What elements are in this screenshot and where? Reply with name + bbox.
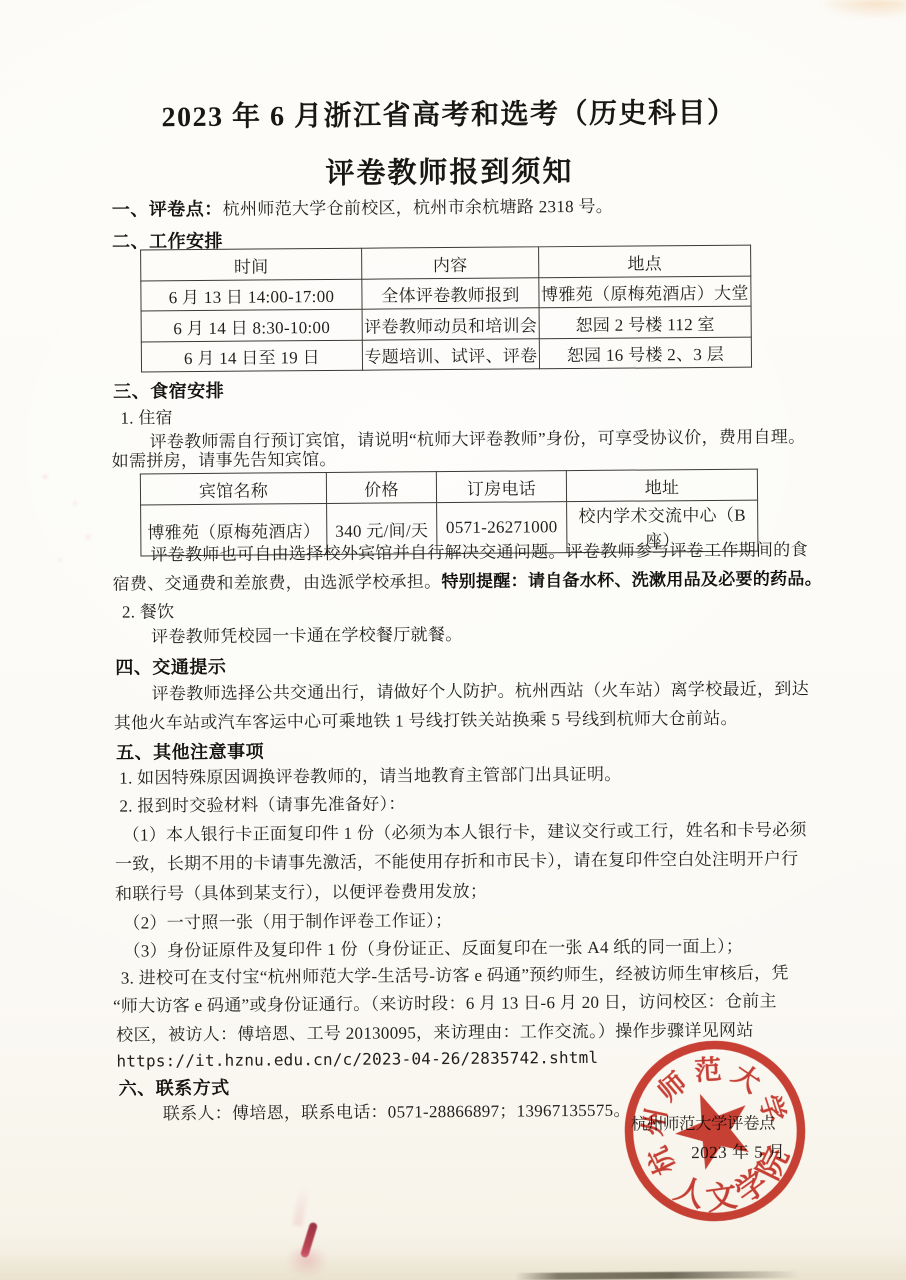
table-row: 6 月 14 日至 19 日 专题培训、试评、评卷 恕园 16 号楼 2、3 层 bbox=[141, 337, 751, 372]
cell-content: 专题培训、试评、评卷 bbox=[362, 339, 539, 370]
col-header-price: 价格 bbox=[326, 472, 436, 504]
dining-subheading: 2. 餐饮 bbox=[122, 601, 175, 623]
special-reminder: 特别提醒：请自备水杯、洗漱用品及必要的药品。 bbox=[441, 569, 822, 591]
col-header-phone: 订房电话 bbox=[436, 471, 566, 503]
material1-line2: 一致，长期不用的卡请事先激活，不能使用存折和市民卡），请在复印件空白处注明开户行 bbox=[115, 848, 799, 875]
table-header-row: 宾馆名称 价格 订房电话 地址 bbox=[140, 469, 757, 505]
note-item2: 2. 报到时交验材料（请事先准备好）： bbox=[119, 793, 405, 817]
material2: （2）一寸照一张（用于制作评卷工作证）； bbox=[123, 910, 452, 935]
document-title-line1: 2023 年 6 月浙江省高考和选考（历史科目） bbox=[0, 89, 902, 136]
table-row: 6 月 13 日 14:00-17:00 全体评卷教师报到 博雅苑（原梅苑酒店）… bbox=[141, 276, 751, 311]
table-row: 6 月 14 日 8:30-10:00 评卷教师动员和培训会 恕园 2 号楼 1… bbox=[141, 306, 751, 342]
cell-place: 博雅苑（原梅苑酒店）大堂 bbox=[539, 276, 751, 308]
note-item3-line1: 3. 进校可在支付宝“杭州师范大学-生活号-访客 e 码通”预约师生，经被访师生… bbox=[121, 962, 789, 989]
material1-line1: （1）本人银行卡正面复印件 1 份（必须为本人银行卡，建议交行或工行，姓名和卡号… bbox=[123, 819, 807, 846]
cell-place: 恕园 2 号楼 112 室 bbox=[539, 306, 751, 339]
section3-heading: 三、食宿安排 bbox=[113, 380, 224, 403]
section-grading-site: 一、评卷点：杭州师范大学仓前校区，杭州市余杭塘路 2318 号。 bbox=[112, 195, 613, 222]
lodging-note-line2: 宿费、交通费和差旅费，由选派学校承担。特别提醒：请自备水杯、洗漱用品及必要的药品… bbox=[113, 568, 822, 596]
scanned-notice-page: 2023 年 6 月浙江省高考和选考（历史科目） 评卷教师报到须知 一、评卷点：… bbox=[0, 0, 906, 1280]
lodging-paragraph-line2: 如需拼房，请事先告知宾馆。 bbox=[112, 449, 337, 473]
cell-time: 6 月 14 日 8:30-10:00 bbox=[141, 309, 362, 342]
section6-heading: 六、联系方式 bbox=[119, 1077, 230, 1100]
section1-text: 杭州师范大学仓前校区，杭州市余杭塘路 2318 号。 bbox=[223, 197, 613, 219]
contact-line: 联系人：傅培恩，联系电话：0571-28866897；13967135575。 bbox=[163, 1100, 631, 1126]
cell-place: 恕园 16 号楼 2、3 层 bbox=[539, 337, 751, 369]
table-header-row: 时间 内容 地点 bbox=[141, 245, 751, 281]
lodging-note-line1: 评卷教师也可自由选择校外宾馆并自行解决交通问题。评卷教师参与评卷工作期间的食 bbox=[150, 539, 808, 566]
cell-time: 6 月 13 日 14:00-17:00 bbox=[141, 279, 362, 311]
dining-text: 评卷教师凭校园一卡通在学校餐厅就餐。 bbox=[151, 624, 463, 648]
cell-content: 全体评卷教师报到 bbox=[362, 278, 539, 309]
transport-line1: 评卷教师选择公共交通出行，请做好个人防护。杭州西站（火车站）离学校最近，到达 bbox=[151, 678, 809, 705]
note-item3-line3: 校区，被访人：傅培恩、工号 20130095，来访理由：工作交流。）操作步骤详见… bbox=[116, 1020, 754, 1047]
col-header-time: 时间 bbox=[141, 248, 362, 281]
transport-line2: 其他火车站或汽车客运中心可乘地铁 1 号线打铁关站换乘 5 号线到杭师大仓前站。 bbox=[114, 708, 738, 735]
section4-heading: 四、交通提示 bbox=[115, 656, 226, 679]
col-header-content: 内容 bbox=[362, 247, 539, 279]
section5-heading: 五、其他注意事项 bbox=[116, 740, 264, 763]
cell-content: 评卷教师动员和培训会 bbox=[362, 308, 539, 340]
section1-heading: 一、评卷点： bbox=[112, 199, 223, 220]
lodging-note-line2-normal: 宿费、交通费和差旅费，由选派学校承担。 bbox=[113, 572, 442, 594]
note-item3-line2: “师大访客 e 码通”或身份证通行。（来访时段：6 月 13 日-6 月 20 … bbox=[113, 990, 777, 1017]
material1-line3: 和联行号（具体到某支行），以便评卷费用发放； bbox=[115, 881, 487, 906]
document-title-line2: 评卷教师报到须知 bbox=[0, 146, 903, 194]
info-url: https://it.hznu.edu.cn/c/2023-04-26/2835… bbox=[116, 1047, 598, 1073]
material3: （3）身份证原件及复印件 1 份（身份证正、反面复印在一张 A4 纸的同一面上）… bbox=[124, 936, 744, 963]
col-header-hotel-name: 宾馆名称 bbox=[140, 472, 326, 504]
cell-time: 6 月 14 日至 19 日 bbox=[141, 340, 362, 372]
col-header-place: 地点 bbox=[539, 245, 751, 278]
lodging-subheading: 1. 住宿 bbox=[120, 407, 173, 429]
col-header-address: 地址 bbox=[566, 469, 757, 501]
work-schedule-table: 时间 内容 地点 6 月 13 日 14:00-17:00 全体评卷教师报到 博… bbox=[140, 245, 752, 373]
note-item1: 1. 如因特殊原因调换评卷教师的，请当地教育主管部门出具证明。 bbox=[119, 764, 621, 790]
